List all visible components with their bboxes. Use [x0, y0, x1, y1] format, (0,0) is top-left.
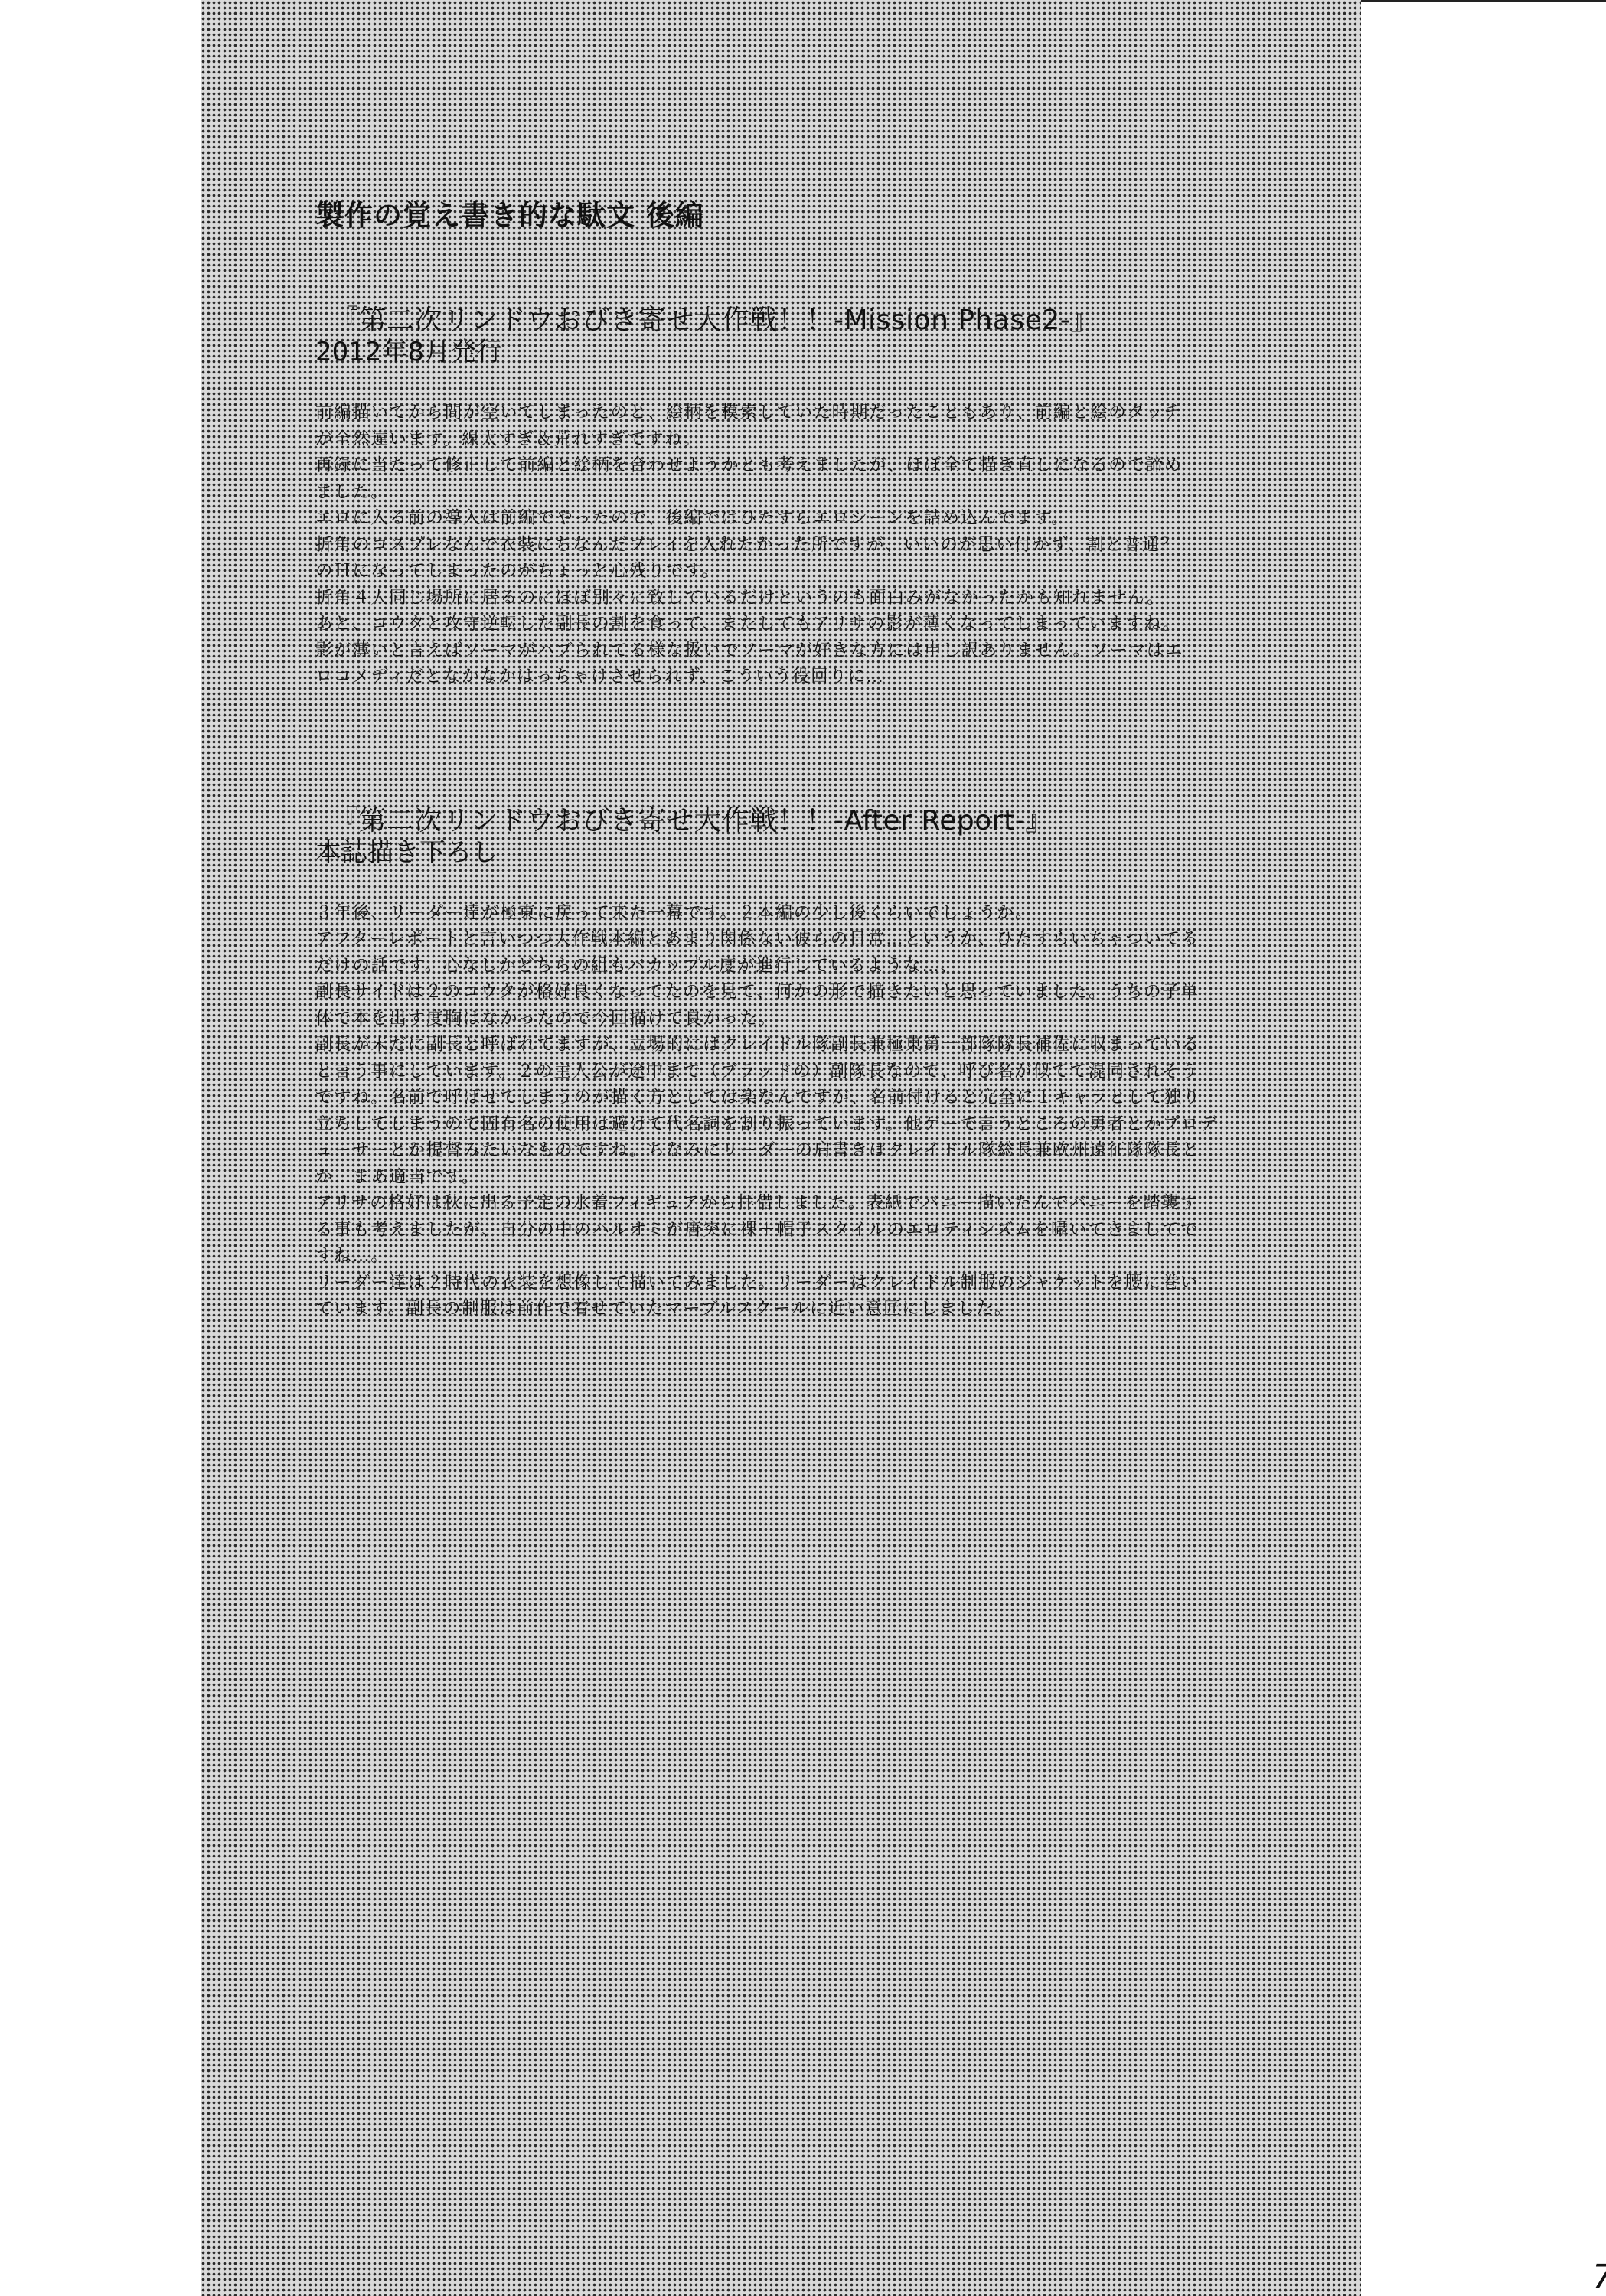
section-heading: 『第二次リンドウおびき寄せ大作戦！！-After Report-』	[315, 805, 1265, 837]
body-line: が全然違います。線太すぎ＆荒れすぎですね。	[315, 426, 1265, 453]
page-number: 7	[1592, 2258, 1606, 2296]
body-line: 副長が未だに副長と呼ばれてますが、立場的にはクレイドル隊副長兼極東第一部隊隊長補…	[315, 1032, 1265, 1058]
section-body: 前編描いてから間が空いてしまったのと、絵柄を模索していた時期だったこともあり、前…	[315, 400, 1265, 690]
body-line: だけの話です。心なしかどちらの組もバカップル度が進行しているような…、	[315, 953, 1265, 980]
body-line: アフターレポートと言いつつ大作戦本編とあまり関係ない彼らの日常…というか、ひたす…	[315, 926, 1265, 953]
body-line: 折角４人同じ場所に居るのにほぼ別々に致しているだけというのも面白みがなかったかも…	[315, 585, 1265, 612]
body-line: ３年後、リーダー達が極東に戻って来た一幕です。２本編の少し後くらいでしょうか。	[315, 900, 1265, 927]
body-line: ています。副長の制服は前作で着せていたマーブルスクールに近い意匠にしました。	[315, 1296, 1265, 1322]
body-line: ました。	[315, 479, 1265, 506]
body-line: 前編描いてから間が空いてしまったのと、絵柄を模索していた時期だったこともあり、前…	[315, 400, 1265, 426]
section-subheading: 本誌描き下ろし	[315, 837, 1265, 868]
section-after-report: 『第二次リンドウおびき寄せ大作戦！！-After Report-』 本誌描き下ろ…	[315, 805, 1265, 1322]
body-line: ューサーとか提督みたいなものですね。ちなみにリーダーの肩書きはクレイドル隊総長兼…	[315, 1137, 1265, 1164]
body-line: 影が薄いと言えばソーマがハブられてる様な扱いでソーマが好きな方には申し訳ありませ…	[315, 638, 1265, 664]
body-line: 再録に当たって修正して前編と絵柄を合わせようかとも考えましたが、ほぼ全て描き直し…	[315, 452, 1265, 479]
body-line: 副長サイドは２のコウタが格好良くなってたのを見て、何かの形で描きたいと思っていま…	[315, 979, 1265, 1006]
body-line: リーダー達は２時代の衣装を想像して描いてみました。リーダーはクレイドル制服のジャ…	[315, 1270, 1265, 1296]
body-line: と言う事にしています。２の主人公が途中まで（ブラッドの）副隊長なので、呼び名が似…	[315, 1058, 1265, 1085]
section-subheading: 2012年8月発行	[315, 337, 1265, 367]
body-line: ですね。名前で呼ばせてしまうのが描く方としては楽なんですが、名前付けると完全に１…	[315, 1084, 1265, 1111]
body-line: る事も考えましたが、自分の中のハルオミが唐突に裸＋帽子スタイルのエロティシズムを…	[315, 1217, 1265, 1244]
section-heading: 『第二次リンドウおびき寄せ大作戦！！-Mission Phase2-』	[315, 305, 1265, 337]
body-line: あと、コウタと攻守逆転した副長の割を食って、またしてもアリサの影が薄くなってしま…	[315, 611, 1265, 638]
body-line: ロコメディだとなかなかはっちゃけさせられず、こういう役回りに…	[315, 664, 1265, 690]
section-body: ３年後、リーダー達が極東に戻って来た一幕です。２本編の少し後くらいでしょうか。 …	[315, 900, 1265, 1322]
body-line: すね…。	[315, 1243, 1265, 1270]
section-mission-phase2: 『第二次リンドウおびき寄せ大作戦！！-Mission Phase2-』 2012…	[315, 305, 1265, 690]
body-line: 折角のコスプレなんで衣装にちなんだプレイを入れたかった所ですが、いいのが思い付か…	[315, 532, 1265, 559]
afterword-content: 製作の覚え書き的な駄文 後編 『第二次リンドウおびき寄せ大作戦！！-Missio…	[315, 197, 1265, 1322]
scan-edge-line	[1361, 0, 1606, 2]
body-line: のＨになってしまったのがちょっと心残りです。	[315, 558, 1265, 585]
body-line: 立ちしてしまうので固有名の使用は避けて代名詞を割り振っています。他ゲーで言うとこ…	[315, 1111, 1265, 1138]
page-title: 製作の覚え書き的な駄文 後編	[315, 197, 1265, 234]
body-line: アリサの格好は秋に出る予定の水着フィギュアから拝借しました。表紙でバニー描いたん…	[315, 1190, 1265, 1217]
body-line: エロに入る前の導入は前編でやったので、後編ではひたすらエロシーンを詰め込んでます…	[315, 505, 1265, 532]
body-line: か…まあ適当です。	[315, 1164, 1265, 1191]
body-line: 体で本を出す度胸はなかったので今回描けて良かった。	[315, 1006, 1265, 1032]
